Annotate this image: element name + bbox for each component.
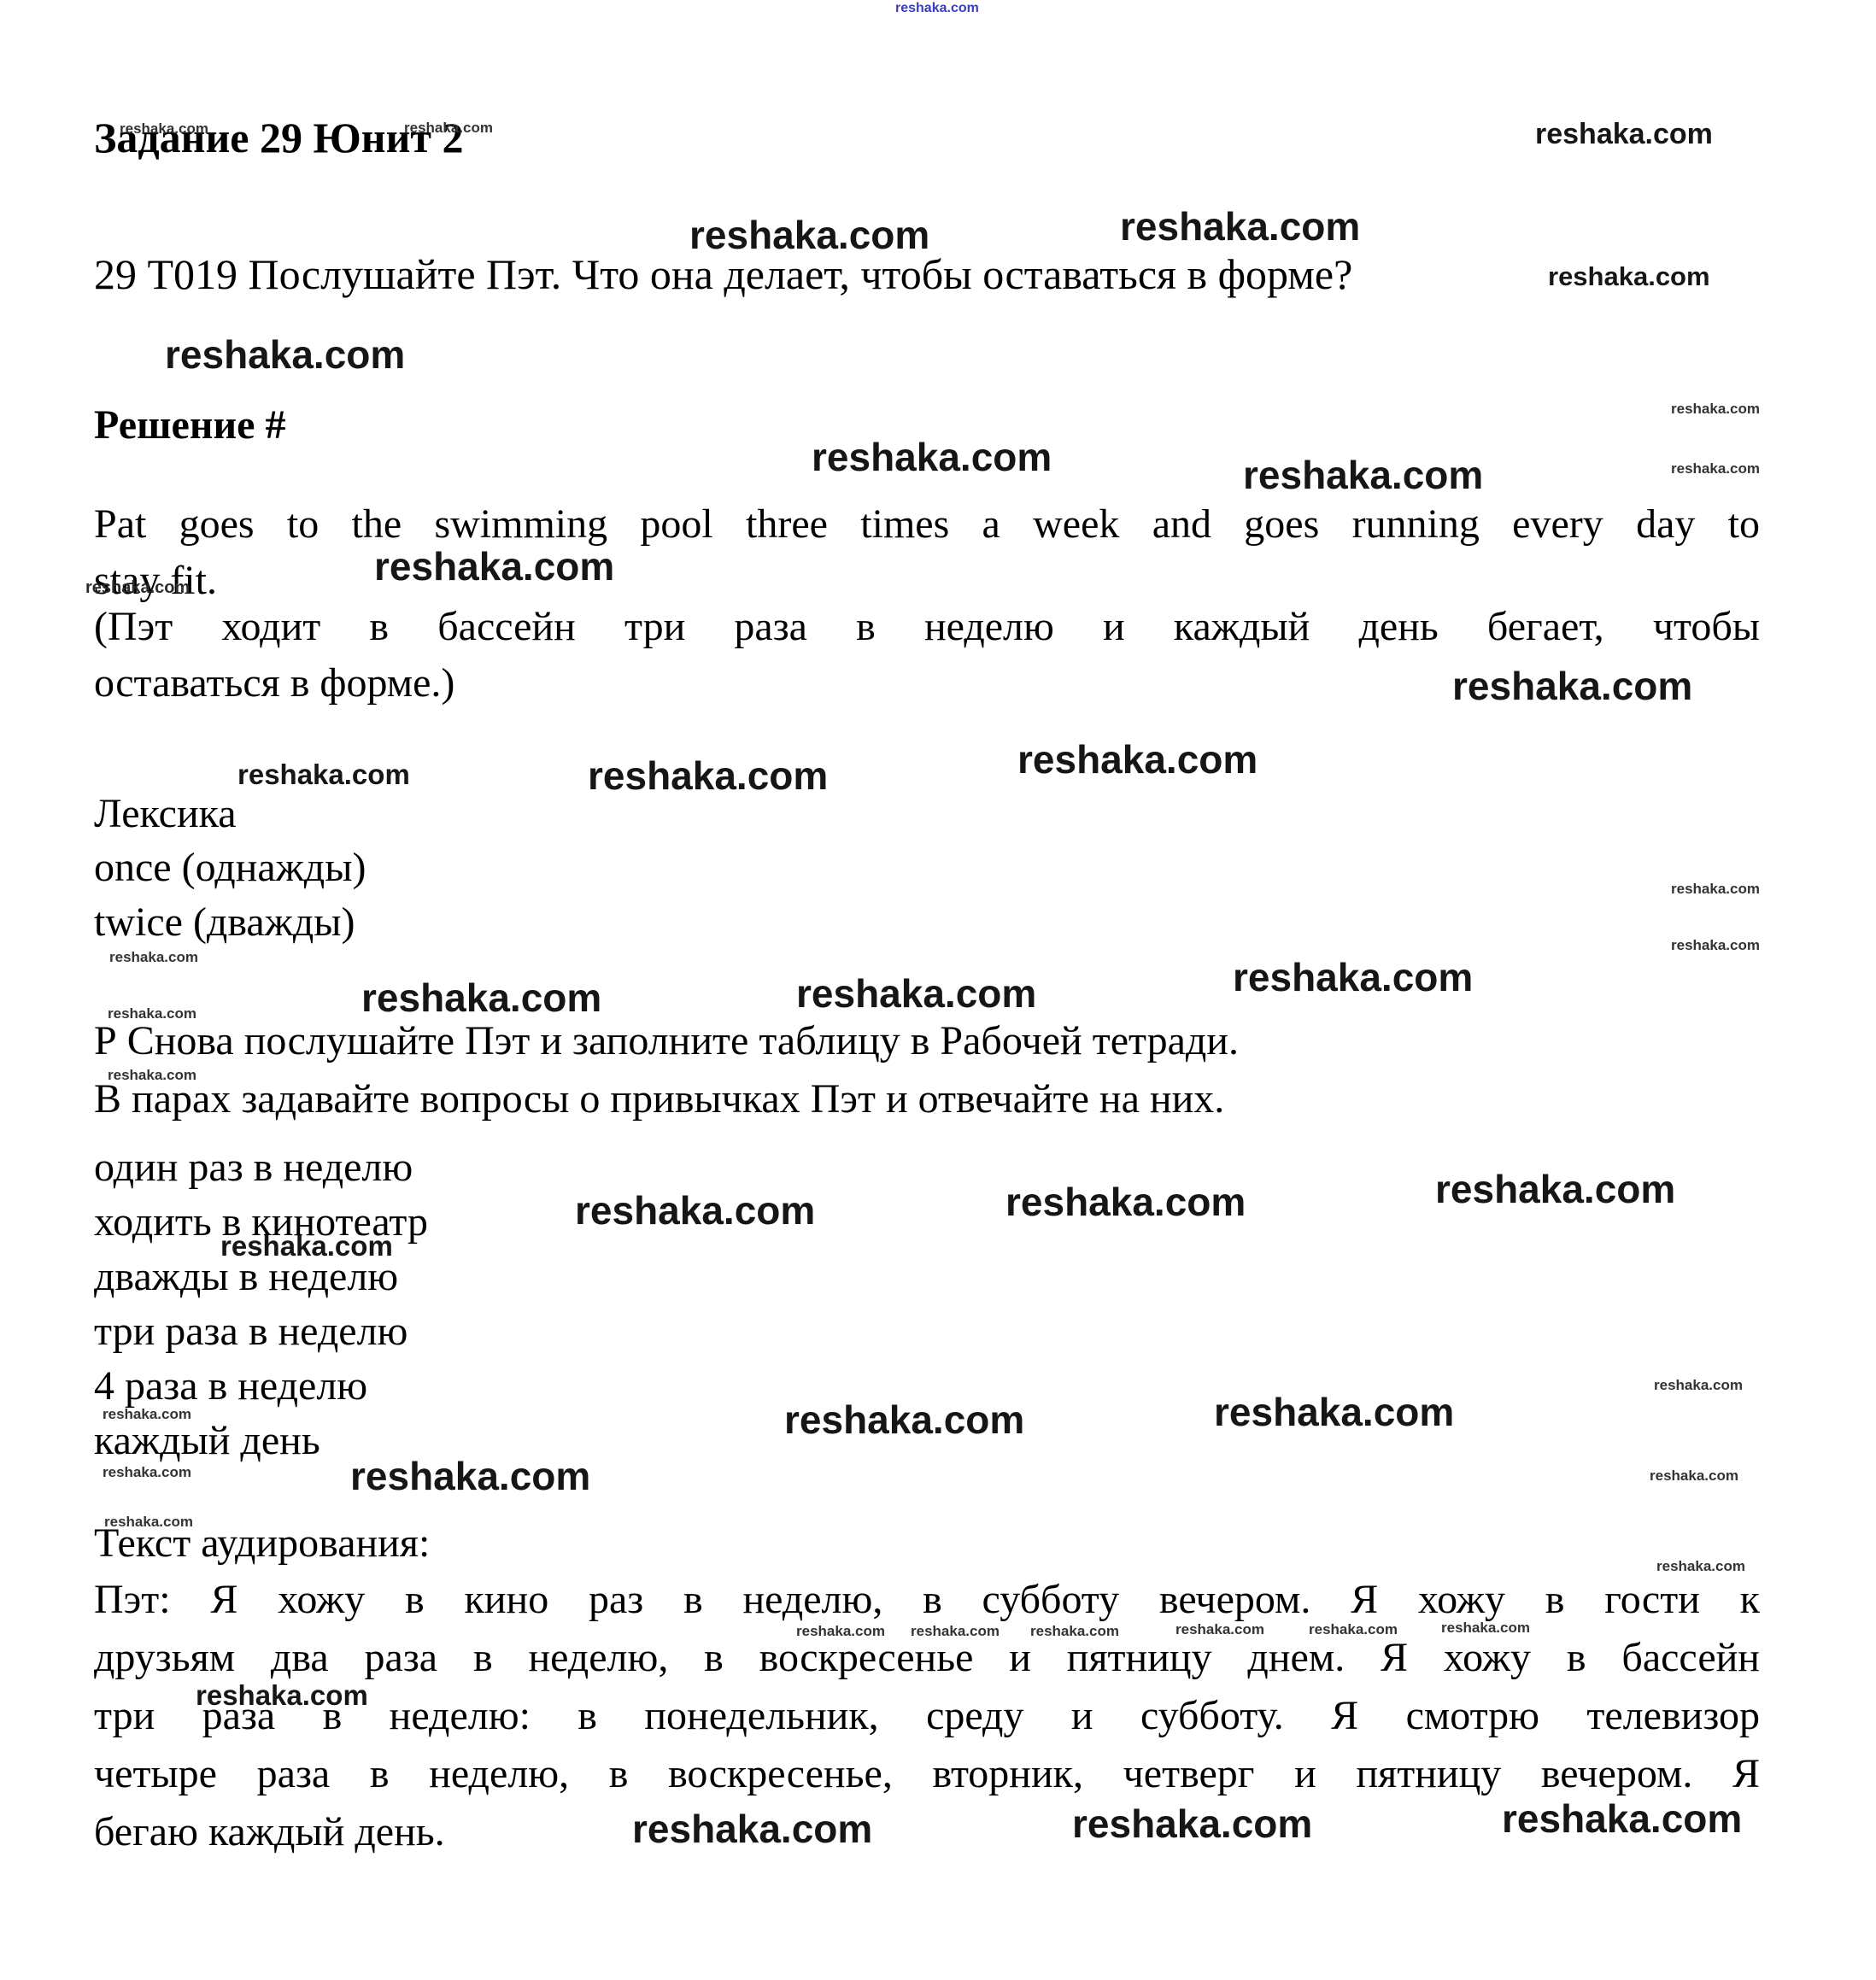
vocab-item: once (однажды) <box>94 841 1760 895</box>
watermark: reshaka.com <box>632 1809 872 1848</box>
watermark: reshaka.com <box>812 437 1052 477</box>
watermark: reshaka.com <box>109 950 198 964</box>
watermark: reshaka.com <box>689 215 929 255</box>
watermark: reshaka.com <box>196 1681 368 1709</box>
watermark: reshaka.com <box>1233 958 1473 997</box>
watermark: reshaka.com <box>1030 1624 1119 1638</box>
watermark: reshaka.com <box>895 2 979 15</box>
watermark: reshaka.com <box>1502 1799 1742 1838</box>
watermark: reshaka.com <box>404 120 493 135</box>
watermark: reshaka.com <box>1654 1378 1743 1392</box>
task-line: 29 Т019 Послушайте Пэт. Что она делает, … <box>94 250 1760 298</box>
workbook-line: Р Снова послушайте Пэт и заполните табли… <box>94 1012 1760 1070</box>
watermark: reshaka.com <box>1435 1169 1675 1209</box>
watermark: reshaka.com <box>350 1456 590 1496</box>
watermark: reshaka.com <box>1214 1392 1454 1432</box>
watermark: reshaka.com <box>361 978 601 1017</box>
watermark: reshaka.com <box>911 1624 1000 1638</box>
watermark: reshaka.com <box>1120 207 1360 246</box>
watermark: reshaka.com <box>165 335 405 374</box>
watermark: reshaka.com <box>103 1465 191 1479</box>
watermark: reshaka.com <box>1671 401 1760 416</box>
watermark: reshaka.com <box>575 1191 815 1230</box>
page-title: Задание 29 Юнит 2 <box>94 114 1760 161</box>
vocab-item: twice (дважды) <box>94 895 1760 950</box>
watermark: reshaka.com <box>796 974 1036 1013</box>
watermark: reshaka.com <box>796 1624 885 1638</box>
solution-page: Задание 29 Юнит 2 29 Т019 Послушайте Пэт… <box>0 0 1876 1980</box>
vocab-heading: Лексика <box>94 790 1760 837</box>
solution-russian-line: (Пэт ходит в бассейн три раза в неделю и… <box>94 599 1760 655</box>
watermark: reshaka.com <box>1441 1620 1530 1635</box>
watermark: reshaka.com <box>374 547 614 586</box>
audio-line: четыре раза в неделю, в воскресенье, вто… <box>94 1745 1760 1803</box>
watermark: reshaka.com <box>1017 740 1258 779</box>
watermark: reshaka.com <box>104 1514 193 1529</box>
watermark: reshaka.com <box>1309 1622 1398 1637</box>
watermark: reshaka.com <box>120 121 208 136</box>
watermark: reshaka.com <box>1243 455 1483 495</box>
watermark: reshaka.com <box>108 1068 196 1082</box>
vocab-list: once (однажды) twice (дважды) <box>94 841 1760 950</box>
workbook-line: В парах задавайте вопросы о привычках Пэ… <box>94 1070 1760 1128</box>
watermark: reshaka.com <box>784 1400 1024 1439</box>
phrase-item: три раза в неделю <box>94 1304 1760 1359</box>
watermark: reshaka.com <box>1005 1182 1246 1221</box>
watermark: reshaka.com <box>1656 1559 1745 1573</box>
solution-english-line: Pat goes to the swimming pool three time… <box>94 496 1760 553</box>
watermark: reshaka.com <box>103 1407 191 1421</box>
watermark: reshaka.com <box>1671 461 1760 476</box>
watermark: reshaka.com <box>1671 938 1760 952</box>
watermark: reshaka.com <box>1671 882 1760 896</box>
watermark: reshaka.com <box>108 1006 196 1021</box>
watermark: reshaka.com <box>1650 1468 1738 1483</box>
solution-english: Pat goes to the swimming pool three time… <box>94 496 1760 609</box>
watermark: reshaka.com <box>85 579 190 596</box>
watermark: reshaka.com <box>220 1232 393 1260</box>
watermark: reshaka.com <box>1548 263 1710 290</box>
watermark: reshaka.com <box>1175 1622 1264 1637</box>
watermark: reshaka.com <box>1535 120 1713 149</box>
workbook-instructions: Р Снова послушайте Пэт и заполните табли… <box>94 1012 1760 1128</box>
watermark: reshaka.com <box>588 756 828 795</box>
watermark: reshaka.com <box>1072 1804 1312 1843</box>
watermark: reshaka.com <box>237 760 410 788</box>
watermark: reshaka.com <box>1452 666 1692 706</box>
audio-heading: Текст аудирования: <box>94 1520 1760 1567</box>
